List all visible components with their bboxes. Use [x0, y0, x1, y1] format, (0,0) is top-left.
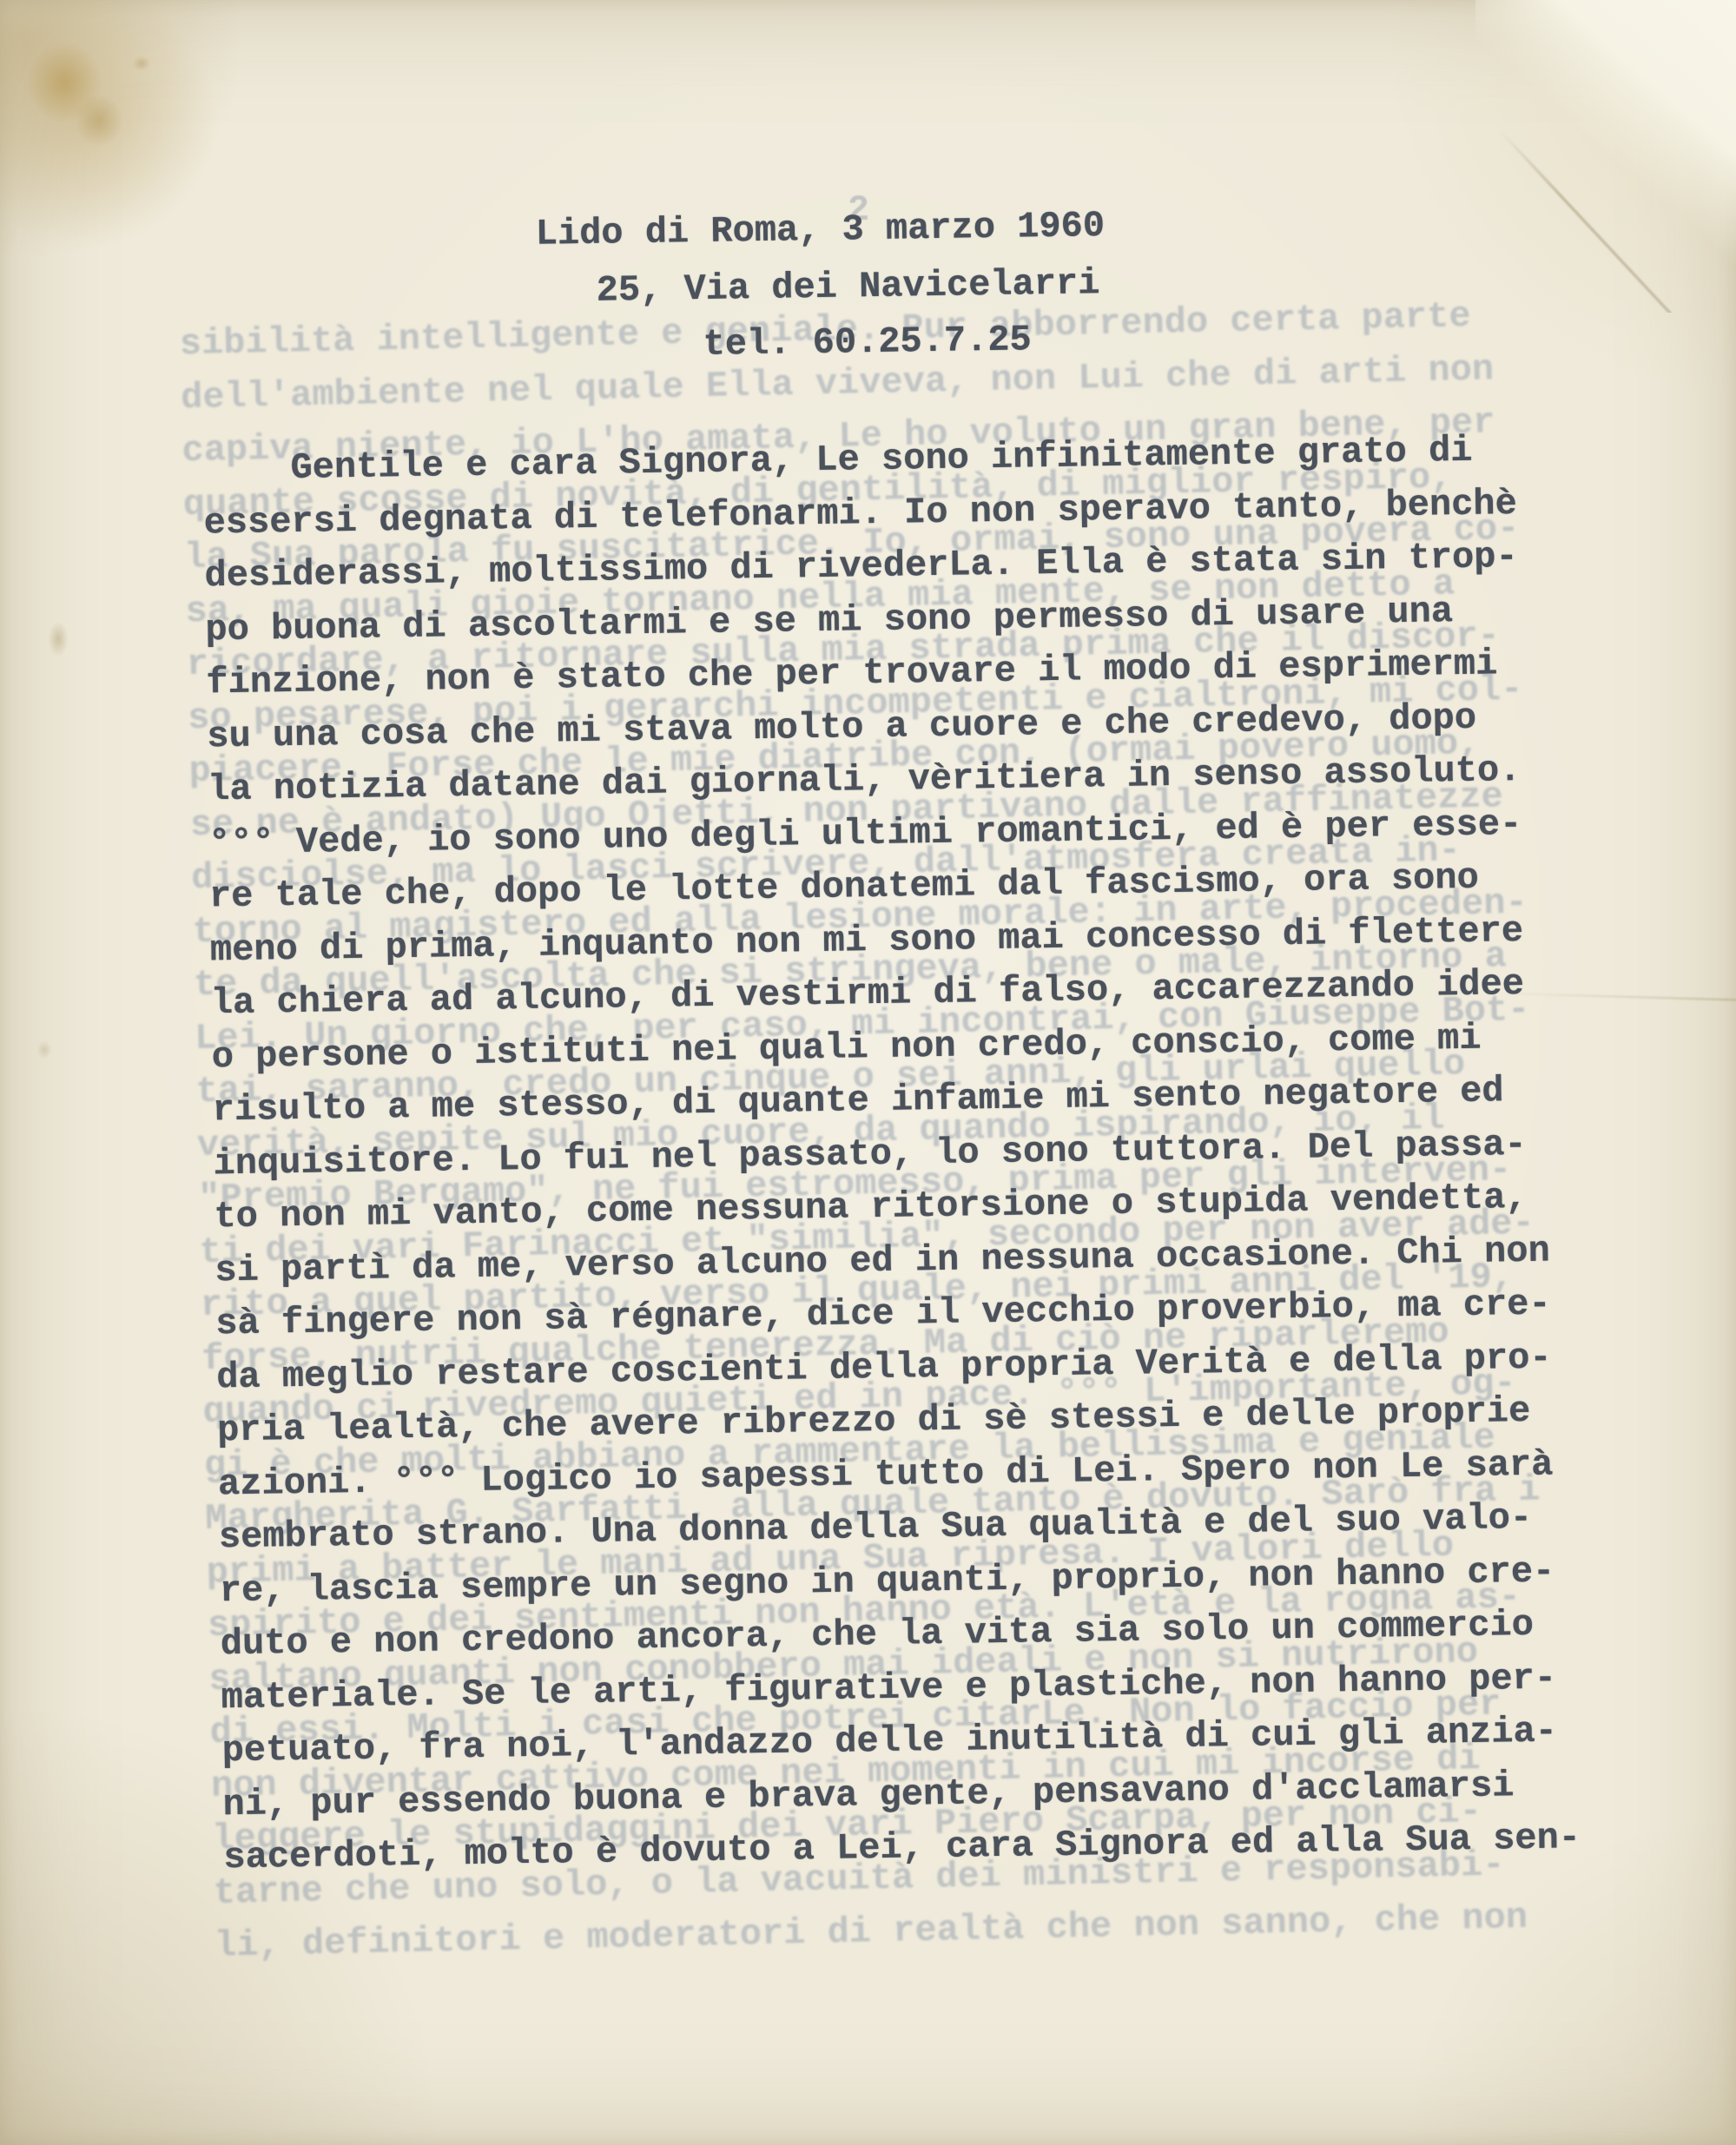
address-line: 25, Via dei Navicelarri: [596, 265, 1099, 309]
typed-text-layer: Lido di Roma, 3 marzo 1960 25, Via dei N…: [0, 0, 1736, 2145]
date-line: Lido di Roma, 3 marzo 1960: [535, 208, 1105, 253]
phone-line: tel. 60.25.7.25: [703, 321, 1032, 363]
letter-body: Gentile e cara Signora, Le sono infinita…: [202, 423, 1581, 1884]
letter-page: sibilità intelligente e geniale. Pur abb…: [0, 0, 1736, 2145]
